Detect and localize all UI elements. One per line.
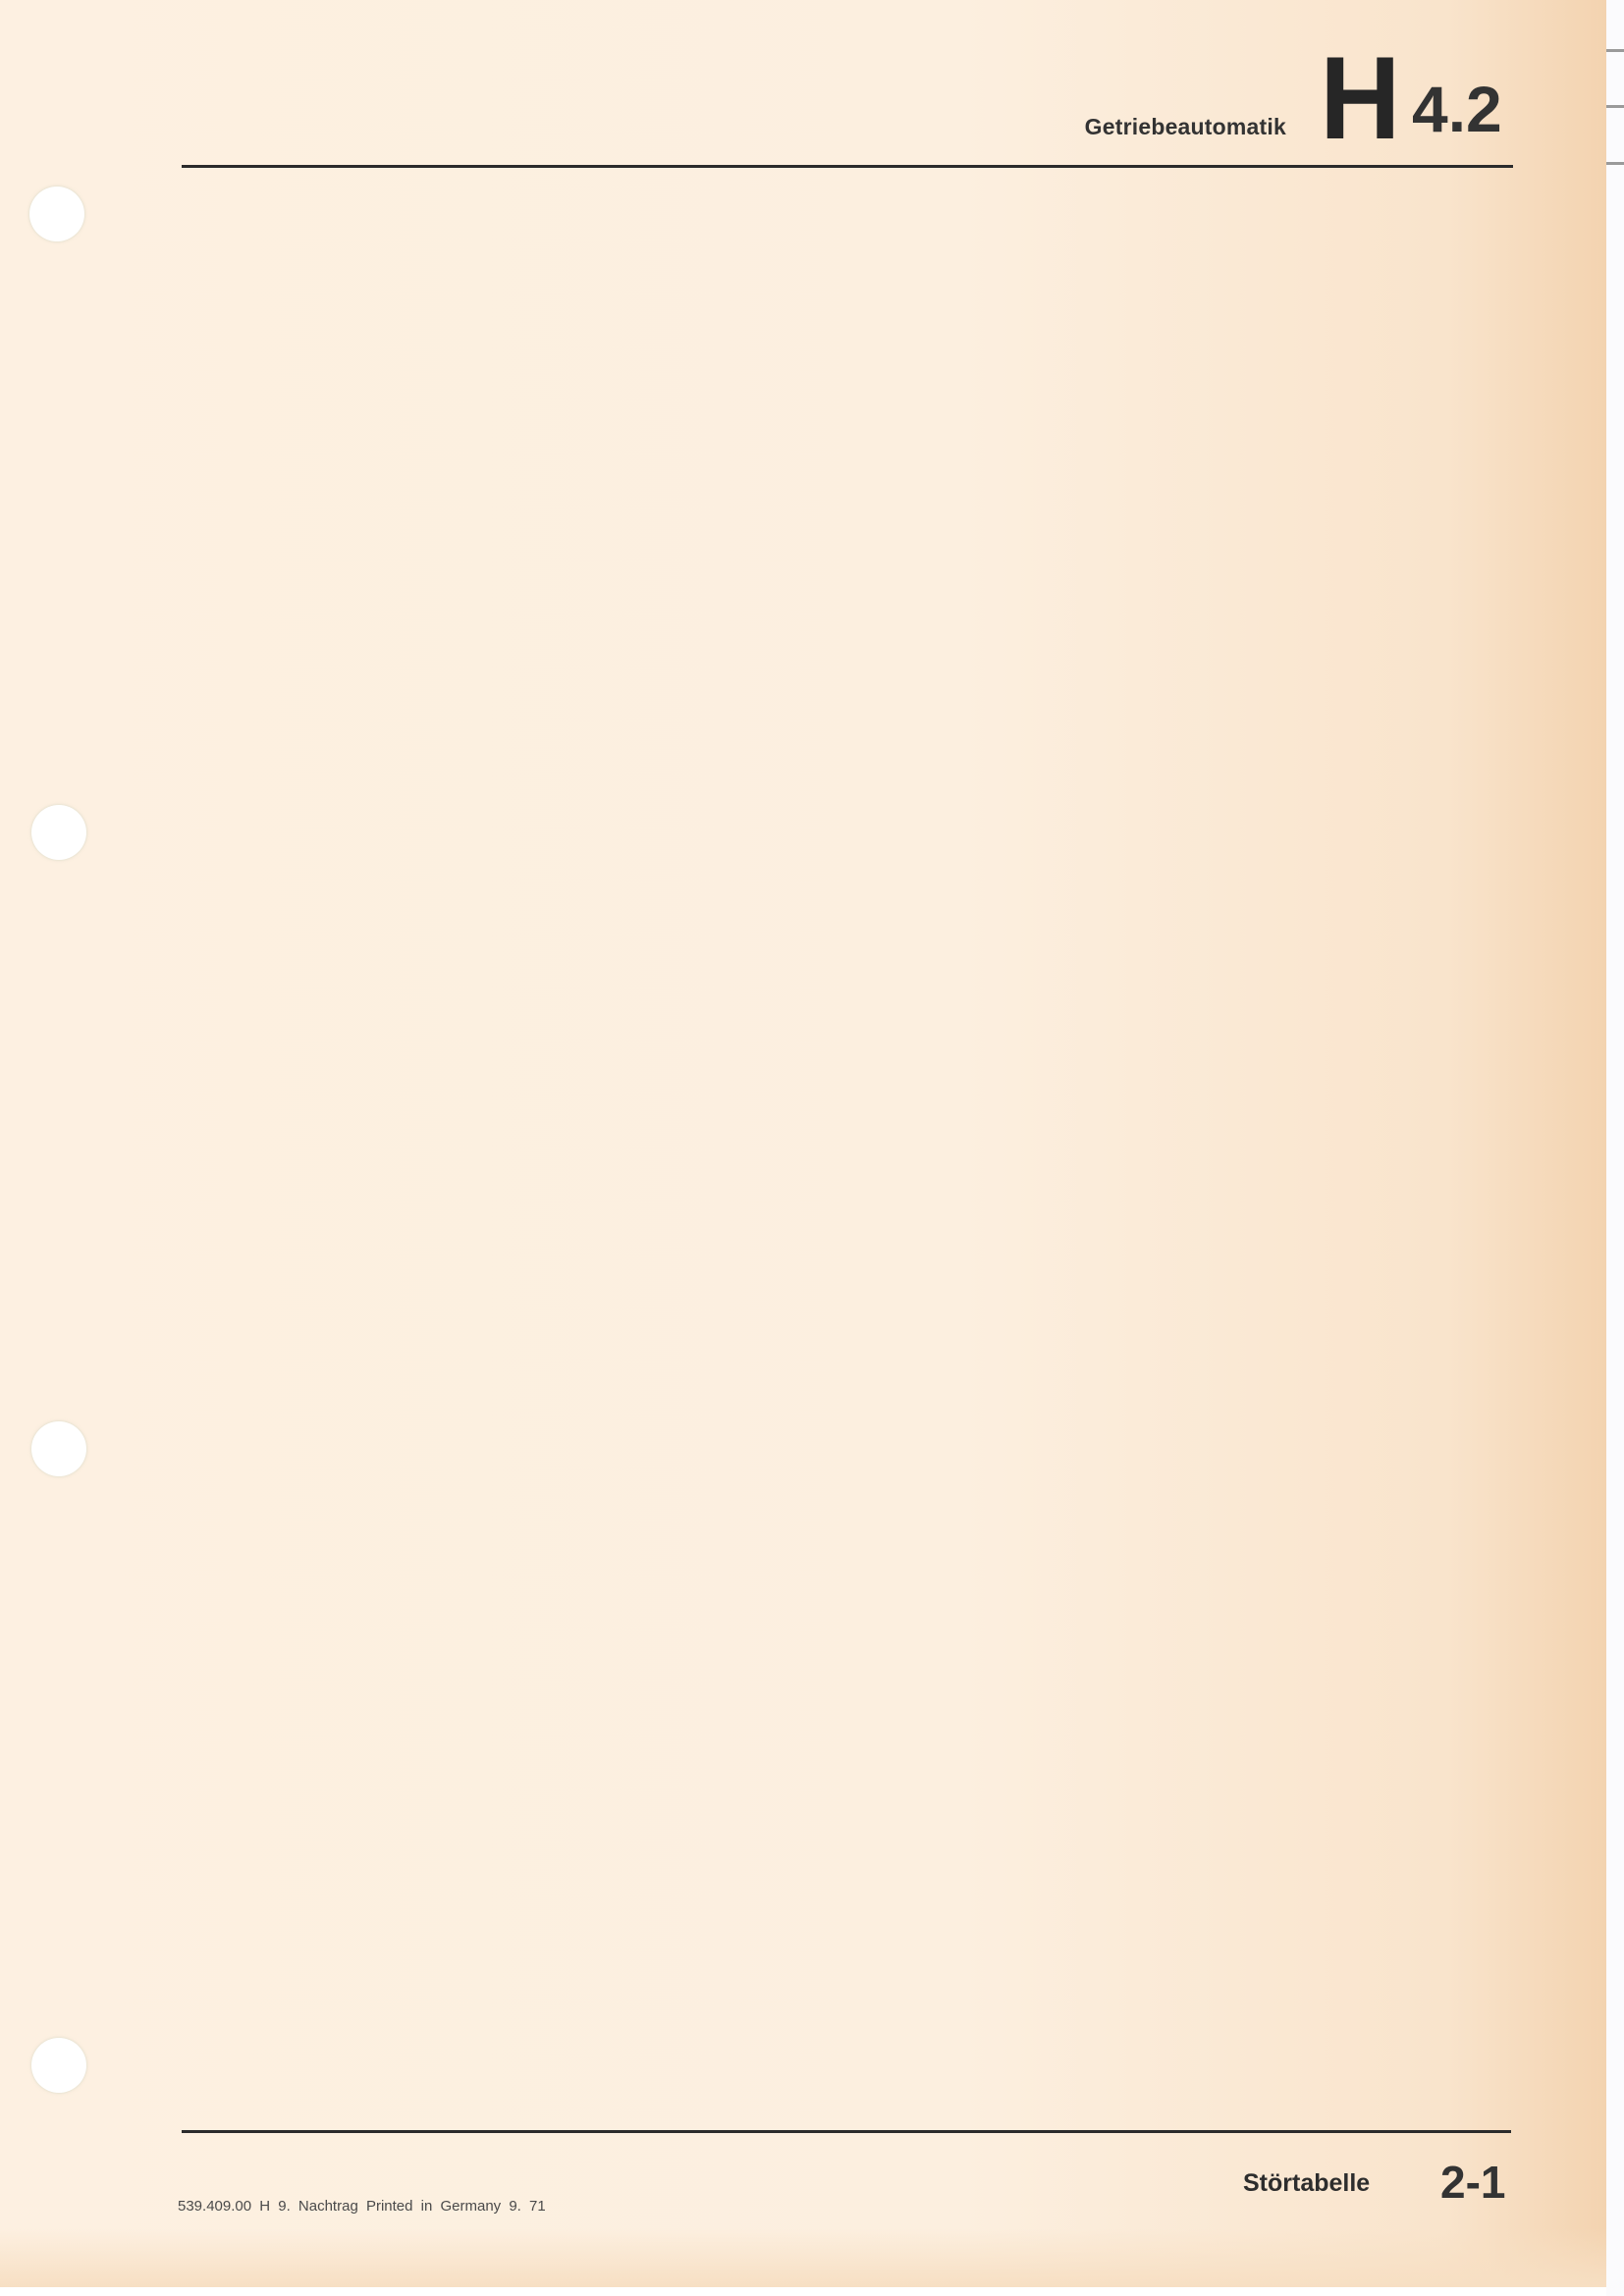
scan-edge-mark: [1606, 162, 1624, 165]
scan-edge-bottom: [0, 2287, 167, 2296]
punch-hole: [29, 187, 84, 241]
footer-rule: [182, 2130, 1511, 2133]
section-letter: H: [1320, 39, 1400, 157]
footer-section-label: Störtabelle: [1243, 2169, 1370, 2198]
punch-hole: [31, 1421, 86, 1476]
page-number: 2-1: [1440, 2156, 1505, 2209]
punch-hole: [31, 805, 86, 860]
scan-edge: [1606, 0, 1624, 2296]
scan-edge-mark: [1606, 49, 1624, 52]
document-page: Getriebeautomatik H 4.2 Störtabelle 2-1 …: [0, 0, 1606, 2287]
section-number: 4.2: [1412, 75, 1502, 143]
header-title: Getriebeautomatik: [1085, 114, 1286, 140]
scan-edge-mark: [1606, 105, 1624, 108]
header-rule: [182, 165, 1513, 168]
print-info: 539.409.00 H 9. Nachtrag Printed in Germ…: [178, 2198, 546, 2215]
punch-hole: [31, 2038, 86, 2093]
